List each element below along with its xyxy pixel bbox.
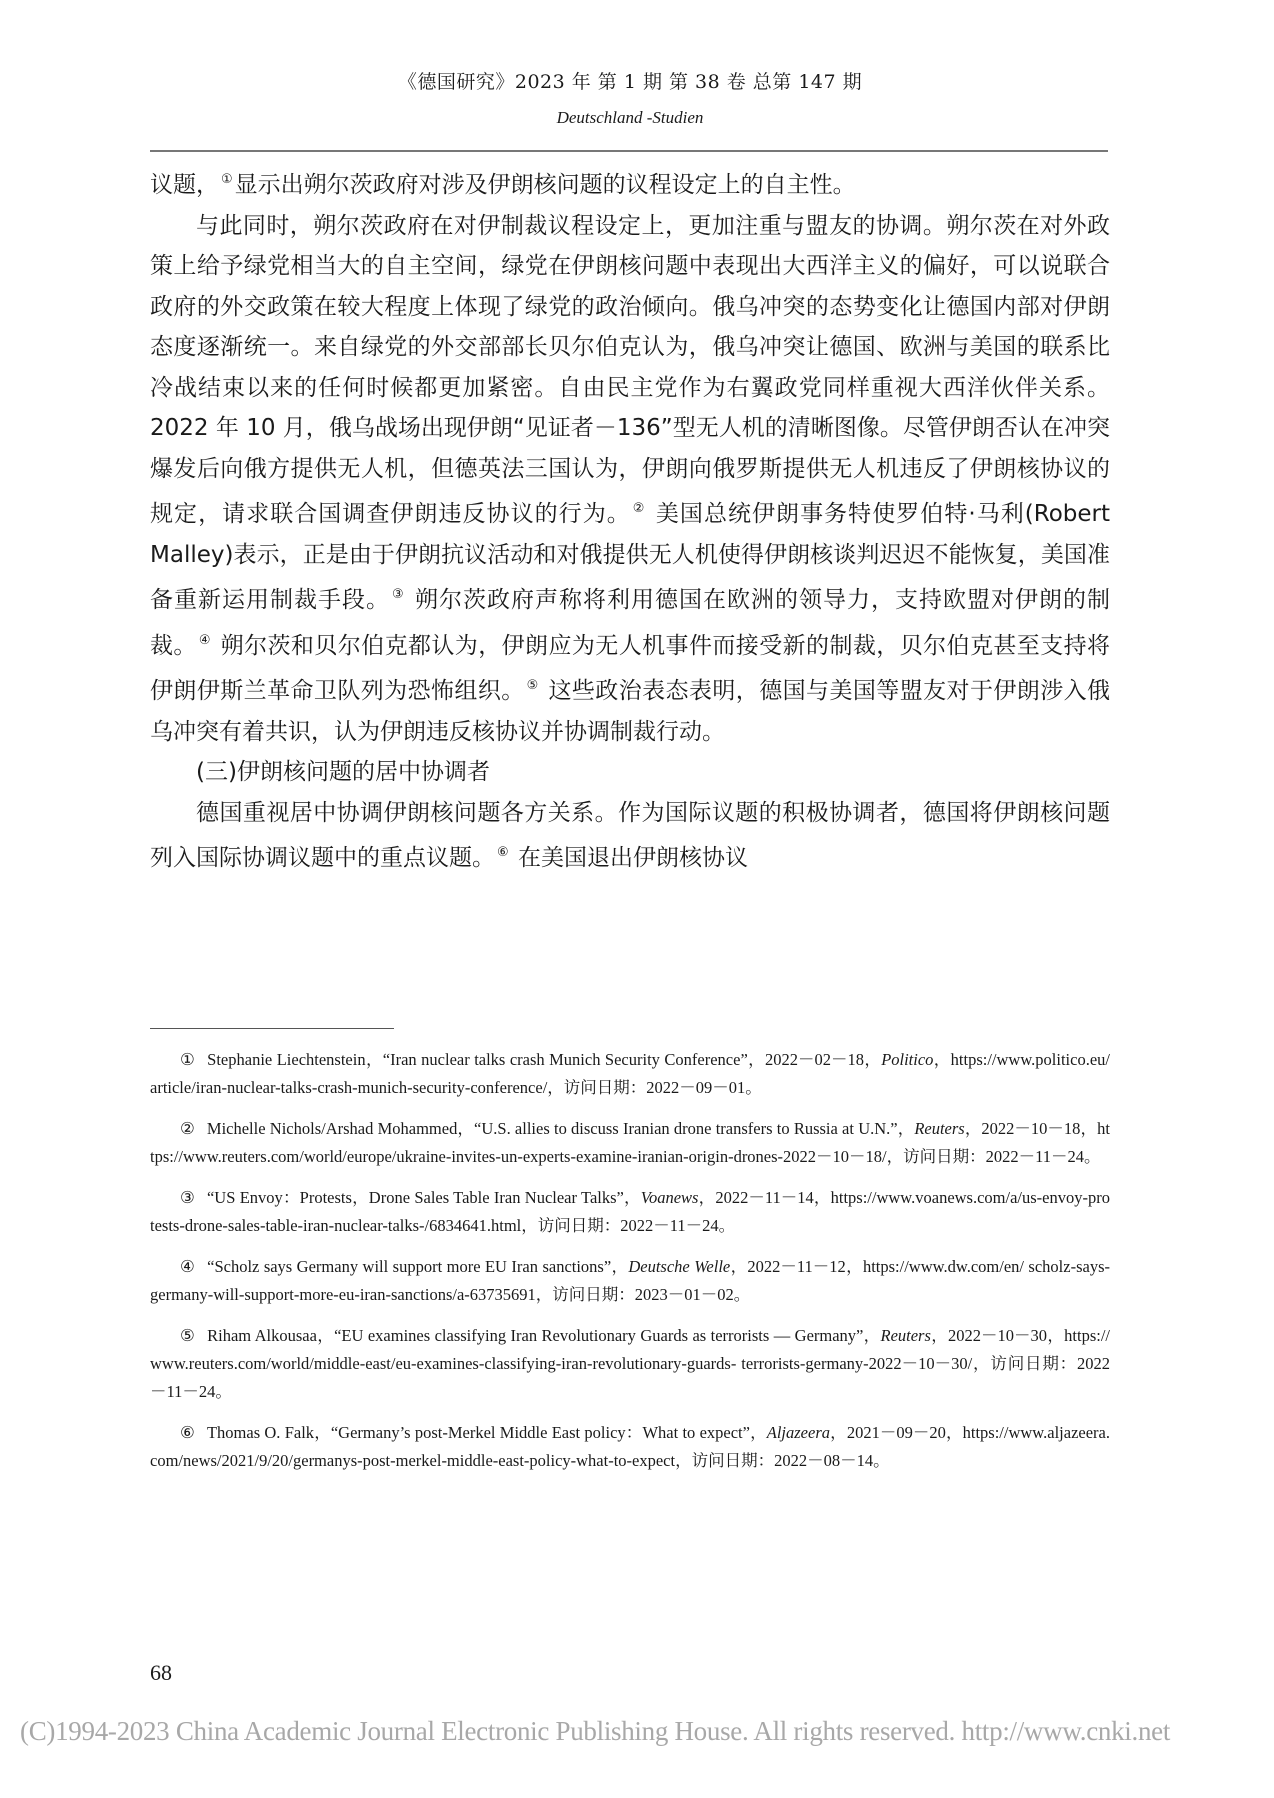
section-heading: (三)伊朗核问题的居中协调者 [150, 752, 1110, 793]
footnote-3: ③“US Envoy：Protests，Drone Sales Table Ir… [150, 1184, 1110, 1240]
footnote-5: ⑤Riham Alkousaa，“EU examines classifying… [150, 1322, 1110, 1406]
footnote-ref-1[interactable]: ① [221, 172, 233, 187]
running-header: 《德国研究》2023 年 第 1 期 第 38 卷 总第 147 期 Deuts… [150, 68, 1110, 132]
source-name: Reuters [881, 1326, 931, 1345]
footnote-divider [150, 1028, 394, 1029]
footnote-ref-4[interactable]: ④ [199, 633, 211, 648]
footnote-ref-5[interactable]: ⑤ [527, 678, 539, 693]
footnote-1: ①Stephanie Liechtenstein，“Iran nuclear t… [150, 1046, 1110, 1102]
copyright-watermark: (C)1994-2023 China Academic Journal Elec… [20, 1716, 1170, 1747]
footnote-ref-3[interactable]: ③ [392, 587, 405, 602]
footnote-ref-2[interactable]: ② [633, 501, 646, 516]
journal-subtitle: Deutschland -Studien [150, 104, 1110, 132]
source-name: Deutsche Welle [628, 1257, 730, 1276]
paragraph-alliance-coordination: 与此同时，朔尔茨政府在对伊制裁议程设定上，更加注重与盟友的协调。朔尔茨在对外政策… [150, 206, 1110, 753]
source-name: Politico [881, 1050, 933, 1069]
footnotes: ①Stephanie Liechtenstein，“Iran nuclear t… [150, 1046, 1110, 1488]
page-number: 68 [150, 1660, 172, 1686]
paragraph-mediator: 德国重视居中协调伊朗核问题各方关系。作为国际议题的积极协调者，德国将伊朗核问题列… [150, 793, 1110, 879]
footnote-2: ②Michelle Nichols/Arshad Mohammed，“U.S. … [150, 1115, 1110, 1171]
footnote-4: ④“Scholz says Germany will support more … [150, 1253, 1110, 1309]
paragraph-continuation: 议题，①显示出朔尔茨政府对涉及伊朗核问题的议程设定上的自主性。 [150, 160, 1110, 206]
source-name: Voanews [641, 1188, 699, 1207]
source-name: Reuters [914, 1119, 964, 1138]
header-divider [150, 150, 1108, 152]
article-body: 议题，①显示出朔尔茨政府对涉及伊朗核问题的议程设定上的自主性。 与此同时，朔尔茨… [150, 160, 1110, 879]
source-name: Aljazeera [767, 1423, 830, 1442]
footnote-6: ⑥Thomas O. Falk，“Germany’s post-Merkel M… [150, 1419, 1110, 1475]
journal-issue-line: 《德国研究》2023 年 第 1 期 第 38 卷 总第 147 期 [150, 68, 1110, 96]
footnote-ref-6[interactable]: ⑥ [497, 845, 509, 860]
